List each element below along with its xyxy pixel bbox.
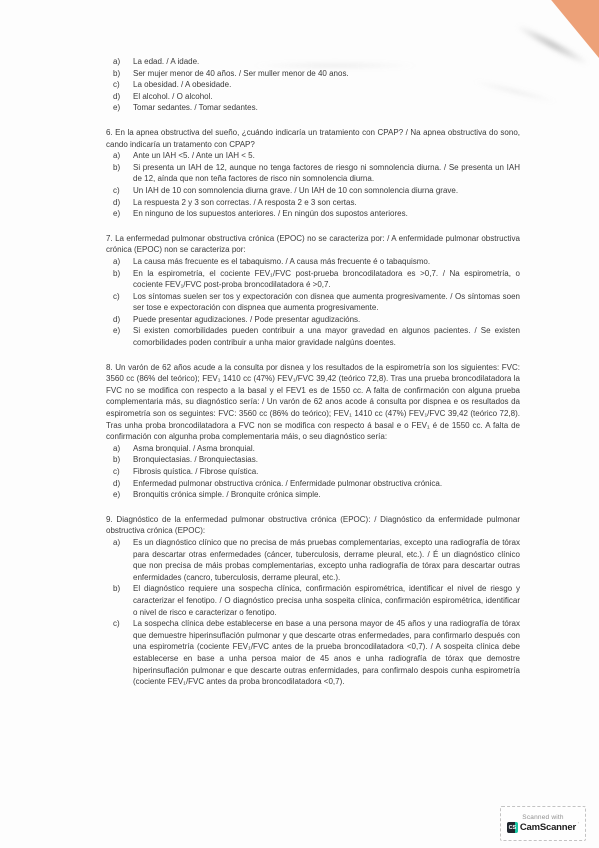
option-letter: e) <box>106 325 133 348</box>
camscanner-logo-icon: CS <box>507 822 518 833</box>
question-block: 8. Un varón de 62 años acude a la consul… <box>106 362 520 501</box>
question-block: a)La edad. / A idade.b)Ser mujer menor d… <box>106 56 520 114</box>
option-text: Tomar sedantes. / Tomar sedantes. <box>133 102 520 114</box>
option-text: El diagnóstico requiere una sospecha clí… <box>133 583 520 618</box>
option-text: Es un diagnóstico clínico que no precisa… <box>133 537 520 583</box>
option-text: Puede presentar agudizaciones. / Pode pr… <box>133 314 520 326</box>
option-letter: d) <box>106 91 133 103</box>
answer-option: a)Es un diagnóstico clínico que no preci… <box>106 537 520 583</box>
option-letter: b) <box>106 162 133 185</box>
answer-option: b)Bronquiectasias. / Bronquiectasias. <box>106 454 520 466</box>
answer-option: d)Enfermedad pulmonar obstructiva crónic… <box>106 478 520 490</box>
option-letter: b) <box>106 583 133 618</box>
answer-option: b)El diagnóstico requiere una sospecha c… <box>106 583 520 618</box>
answer-option: e)Tomar sedantes. / Tomar sedantes. <box>106 102 520 114</box>
option-text: Ante un IAH <5. / Ante un IAH < 5. <box>133 150 520 162</box>
option-letter: a) <box>106 256 133 268</box>
option-text: En ninguno de los supuestos anteriores. … <box>133 208 520 220</box>
option-text: Fibrosis quística. / Fibrose quística. <box>133 466 520 478</box>
answer-option: c)La sospecha clínica debe establecerse … <box>106 618 520 688</box>
option-text: La sospecha clínica debe establecerse en… <box>133 618 520 688</box>
answer-option: e)En ninguno de los supuestos anteriores… <box>106 208 520 220</box>
option-text: Asma bronquial. / Asma bronquial. <box>133 443 520 455</box>
question-intro: 6. En la apnea obstructiva del sueño, ¿c… <box>106 127 520 150</box>
answer-option: a)La causa más frecuente es el tabaquism… <box>106 256 520 268</box>
option-letter: b) <box>106 68 133 80</box>
camscanner-trademark-mark: ʼ <box>578 822 579 828</box>
option-text: La obesidad. / A obesidade. <box>133 79 520 91</box>
answer-option: a)Asma bronquial. / Asma bronquial. <box>106 443 520 455</box>
option-text: Bronquitis crónica simple. / Bronquite c… <box>133 489 520 501</box>
option-text: Enfermedad pulmonar obstructiva crónica.… <box>133 478 520 490</box>
option-letter: d) <box>106 314 133 326</box>
option-text: Bronquiectasias. / Bronquiectasias. <box>133 454 520 466</box>
scanned-page: a)La edad. / A idade.b)Ser mujer menor d… <box>0 0 599 848</box>
option-letter: a) <box>106 150 133 162</box>
answer-option: d)El alcohol. / O alcohol. <box>106 91 520 103</box>
option-text: La edad. / A idade. <box>133 56 520 68</box>
option-letter: a) <box>106 56 133 68</box>
option-letter: c) <box>106 185 133 197</box>
option-text: Un IAH de 10 con somnolencia diurna grav… <box>133 185 520 197</box>
question-block: 9. Diagnóstico de la enfermedad pulmonar… <box>106 514 520 688</box>
answer-option: c)Un IAH de 10 con somnolencia diurna gr… <box>106 185 520 197</box>
option-text: La causa más frecuente es el tabaquismo.… <box>133 256 520 268</box>
answer-option: c)Los síntomas suelen ser tos y expector… <box>106 291 520 314</box>
question-intro: 7. La enfermedad pulmonar obstructiva cr… <box>106 233 520 256</box>
exam-text-block: a)La edad. / A idade.b)Ser mujer menor d… <box>106 56 520 688</box>
option-text: Los síntomas suelen ser tos y expectorac… <box>133 291 520 314</box>
answer-option: a)Ante un IAH <5. / Ante un IAH < 5. <box>106 150 520 162</box>
camscanner-brand-row: CS CamScanner ʼ <box>507 822 579 833</box>
option-letter: e) <box>106 489 133 501</box>
answer-option: e)Bronquitis crónica simple. / Bronquite… <box>106 489 520 501</box>
option-letter: e) <box>106 102 133 114</box>
answer-option: b)Si presenta un IAH de 12, aunque no te… <box>106 162 520 185</box>
question-intro: 9. Diagnóstico de la enfermedad pulmonar… <box>106 514 520 537</box>
answer-option: b)Ser mujer menor de 40 años. / Ser mull… <box>106 68 520 80</box>
answer-option: b)En la espirometría, el cociente FEV₁/F… <box>106 268 520 291</box>
option-letter: b) <box>106 268 133 291</box>
camscanner-app-name: CamScanner <box>520 822 576 833</box>
question-block: 7. La enfermedad pulmonar obstructiva cr… <box>106 233 520 349</box>
question-block: 6. En la apnea obstructiva del sueño, ¿c… <box>106 127 520 220</box>
scanned-with-text: Scanned with <box>522 814 563 821</box>
option-letter: e) <box>106 208 133 220</box>
option-text: Si presenta un IAH de 12, aunque no teng… <box>133 162 520 185</box>
question-intro: 8. Un varón de 62 años acude a la consul… <box>106 362 520 443</box>
option-letter: a) <box>106 537 133 583</box>
answer-option: c)La obesidad. / A obesidade. <box>106 79 520 91</box>
option-text: Ser mujer menor de 40 años. / Ser muller… <box>133 68 520 80</box>
option-text: Si existen comorbilidades pueden contrib… <box>133 325 520 348</box>
option-text: El alcohol. / O alcohol. <box>133 91 520 103</box>
option-text: La respuesta 2 y 3 son correctas. / A re… <box>133 197 520 209</box>
answer-option: d)Puede presentar agudizaciones. / Pode … <box>106 314 520 326</box>
option-letter: d) <box>106 197 133 209</box>
option-letter: c) <box>106 466 133 478</box>
option-text: En la espirometría, el cociente FEV₁/FVC… <box>133 268 520 291</box>
option-letter: c) <box>106 618 133 688</box>
answer-option: a)La edad. / A idade. <box>106 56 520 68</box>
option-letter: a) <box>106 443 133 455</box>
answer-option: e)Si existen comorbilidades pueden contr… <box>106 325 520 348</box>
option-letter: b) <box>106 454 133 466</box>
camscanner-badge: Scanned with CS CamScanner ʼ <box>500 806 586 841</box>
option-letter: c) <box>106 79 133 91</box>
answer-option: c)Fibrosis quística. / Fibrose quística. <box>106 466 520 478</box>
option-letter: d) <box>106 478 133 490</box>
answer-option: d)La respuesta 2 y 3 son correctas. / A … <box>106 197 520 209</box>
option-letter: c) <box>106 291 133 314</box>
